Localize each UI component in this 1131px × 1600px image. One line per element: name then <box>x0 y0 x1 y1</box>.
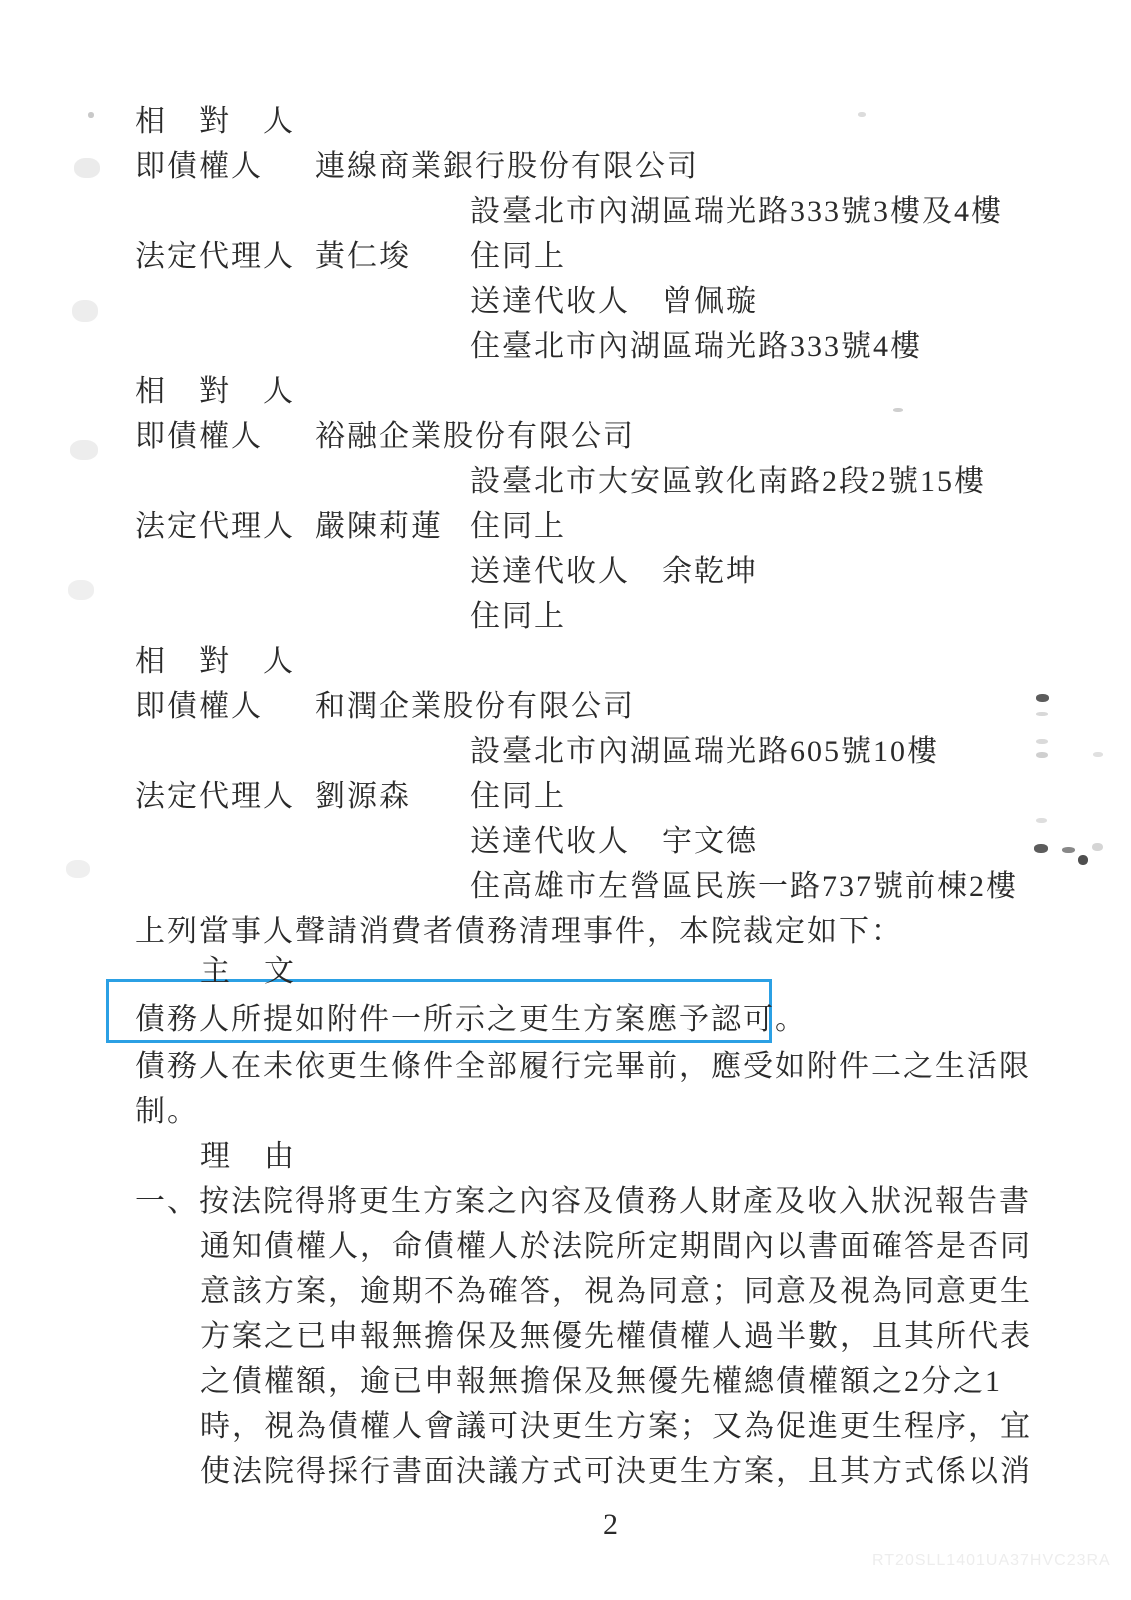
creditor-address: 設臺北市大安區敦化南路2段2號15樓 <box>0 463 1131 503</box>
main-text-ruling-text: 債務人在未依更生條件全部履行完畢前，應受如附件二之生活限 <box>135 1048 1031 1086</box>
scan-artifact <box>1093 752 1103 757</box>
party-role-label: 相 對 人 <box>0 643 1131 683</box>
reason-paragraph-text: 時，視為債權人會議可決更生方案；又為促進更生程序，宜 <box>200 1408 1032 1446</box>
main-text-ruling: 債務人在未依更生條件全部履行完畢前，應受如附件二之生活限 <box>0 1048 1131 1088</box>
creditor-address-text: 設臺北市內湖區瑞光路605號10樓 <box>470 733 939 771</box>
legal-rep-row-text: 嚴陳莉蓮 <box>315 508 443 546</box>
page-number: 2 <box>90 1508 1131 1542</box>
legal-rep-row: 法定代理人黃仁埈住同上 <box>0 238 1131 278</box>
party-role-label: 相 對 人 <box>0 103 1131 143</box>
legal-rep-row-text: 黃仁埈 <box>315 238 411 276</box>
service-agent-row: 送達代收人 余乾坤 <box>0 553 1131 593</box>
reason-paragraph: 之債權額，逾已申報無擔保及無優先權總債權額之2分之1 <box>0 1363 1131 1403</box>
reason-paragraph-text: 之債權額，逾已申報無擔保及無優先權總債權額之2分之1 <box>200 1363 1002 1401</box>
reason-paragraph: 方案之已申報無擔保及無優先權債權人過半數，且其所代表 <box>0 1318 1131 1358</box>
creditor-row-text: 即債權人 <box>135 418 263 456</box>
reason-paragraph-text: 意該方案，逾期不為確答，視為同意；同意及視為同意更生 <box>200 1273 1032 1311</box>
legal-rep-row: 法定代理人嚴陳莉蓮住同上 <box>0 508 1131 548</box>
party-role-label-text: 相 對 人 <box>135 373 295 411</box>
service-agent-row: 送達代收人 宇文德 <box>0 823 1131 863</box>
main-text-ruling-text: 債務人所提如附件一所示之更生方案應予認可。 <box>135 1001 807 1039</box>
case-intro: 上列當事人聲請消費者債務清理事件，本院裁定如下： <box>0 913 1131 953</box>
legal-rep-row-text: 劉源森 <box>315 778 411 816</box>
scan-artifact <box>1078 855 1088 865</box>
scan-artifact <box>893 408 903 412</box>
main-text-heading: 主 文 <box>0 953 1131 993</box>
scan-artifact <box>1036 739 1048 744</box>
scan-artifact <box>88 112 94 118</box>
main-text-heading-text: 主 文 <box>200 953 296 991</box>
creditor-address: 設臺北市內湖區瑞光路333號3樓及4樓 <box>0 193 1131 233</box>
service-agent-row-text: 送達代收人 余乾坤 <box>470 553 758 591</box>
creditor-address-text: 設臺北市大安區敦化南路2段2號15樓 <box>470 463 986 501</box>
service-agent-address-text: 住臺北市內湖區瑞光路333號4樓 <box>470 328 922 366</box>
party-role-label-text: 相 對 人 <box>135 643 295 681</box>
reason-paragraph: 通知債權人，命債權人於法院所定期間內以書面確答是否同 <box>0 1228 1131 1268</box>
scan-artifact <box>1036 818 1047 823</box>
scan-artifact <box>858 112 866 117</box>
creditor-address-text: 設臺北市內湖區瑞光路333號3樓及4樓 <box>470 193 1003 231</box>
service-agent-address: 住高雄市左營區民族一路737號前棟2樓 <box>0 868 1131 908</box>
reason-paragraph-text: 一、按法院得將更生方案之內容及債務人財產及收入狀況報告書 <box>135 1183 1031 1221</box>
watermark-text: RT20SLL1401UA37HVC23RA <box>872 1552 1111 1570</box>
service-agent-row: 送達代收人 曾佩璇 <box>0 283 1131 323</box>
service-agent-row-text: 送達代收人 曾佩璇 <box>470 283 758 321</box>
scan-artifact <box>74 158 100 178</box>
legal-rep-row-text: 住同上 <box>470 778 566 816</box>
main-text-ruling: 制。 <box>0 1093 1131 1133</box>
scan-artifact <box>1034 844 1048 853</box>
scan-artifact <box>72 300 98 322</box>
legal-rep-row-text: 法定代理人 <box>135 238 295 276</box>
creditor-row-text: 即債權人 <box>135 688 263 726</box>
creditor-row: 即債權人裕融企業股份有限公司 <box>0 418 1131 458</box>
creditor-row-text: 即債權人 <box>135 148 263 186</box>
main-text-ruling-text: 制。 <box>135 1093 199 1131</box>
scan-artifact <box>1092 843 1103 851</box>
case-intro-text: 上列當事人聲請消費者債務清理事件，本院裁定如下： <box>135 913 903 951</box>
legal-rep-row-text: 住同上 <box>470 508 566 546</box>
service-agent-address-text: 住同上 <box>470 598 566 636</box>
legal-rep-row: 法定代理人劉源森住同上 <box>0 778 1131 818</box>
scan-artifact <box>68 580 94 600</box>
reason-paragraph-text: 通知債權人，命債權人於法院所定期間內以書面確答是否同 <box>200 1228 1032 1266</box>
creditor-row-text: 連線商業銀行股份有限公司 <box>315 148 699 186</box>
creditor-row: 即債權人連線商業銀行股份有限公司 <box>0 148 1131 188</box>
creditor-row: 即債權人和潤企業股份有限公司 <box>0 688 1131 728</box>
reason-paragraph: 意該方案，逾期不為確答，視為同意；同意及視為同意更生 <box>0 1273 1131 1313</box>
scan-artifact <box>1036 752 1048 758</box>
service-agent-address: 住臺北市內湖區瑞光路333號4樓 <box>0 328 1131 368</box>
document-page: 2 RT20SLL1401UA37HVC23RA 相 對 人即債權人連線商業銀行… <box>0 0 1131 1600</box>
creditor-row-text: 裕融企業股份有限公司 <box>315 418 635 456</box>
reason-paragraph: 一、按法院得將更生方案之內容及債務人財產及收入狀況報告書 <box>0 1183 1131 1223</box>
creditor-address: 設臺北市內湖區瑞光路605號10樓 <box>0 733 1131 773</box>
service-agent-row-text: 送達代收人 宇文德 <box>470 823 758 861</box>
creditor-row-text: 和潤企業股份有限公司 <box>315 688 635 726</box>
reasons-heading: 理 由 <box>0 1138 1131 1178</box>
service-agent-address: 住同上 <box>0 598 1131 638</box>
scan-artifact <box>66 860 90 878</box>
legal-rep-row-text: 法定代理人 <box>135 508 295 546</box>
scan-artifact <box>1036 712 1048 716</box>
reason-paragraph: 時，視為債權人會議可決更生方案；又為促進更生程序，宜 <box>0 1408 1131 1448</box>
scan-artifact <box>70 440 98 460</box>
reason-paragraph-text: 方案之已申報無擔保及無優先權債權人過半數，且其所代表 <box>200 1318 1032 1356</box>
service-agent-address-text: 住高雄市左營區民族一路737號前棟2樓 <box>470 868 1018 906</box>
scan-artifact <box>1062 847 1075 853</box>
reason-paragraph-text: 使法院得採行書面決議方式可決更生方案，且其方式係以消 <box>200 1453 1032 1491</box>
reasons-heading-text: 理 由 <box>200 1138 296 1176</box>
reason-paragraph: 使法院得採行書面決議方式可決更生方案，且其方式係以消 <box>0 1453 1131 1493</box>
party-role-label-text: 相 對 人 <box>135 103 295 141</box>
legal-rep-row-text: 法定代理人 <box>135 778 295 816</box>
party-role-label: 相 對 人 <box>0 373 1131 413</box>
scan-artifact <box>1036 694 1049 702</box>
main-text-ruling: 債務人所提如附件一所示之更生方案應予認可。 <box>0 1001 1131 1041</box>
legal-rep-row-text: 住同上 <box>470 238 566 276</box>
